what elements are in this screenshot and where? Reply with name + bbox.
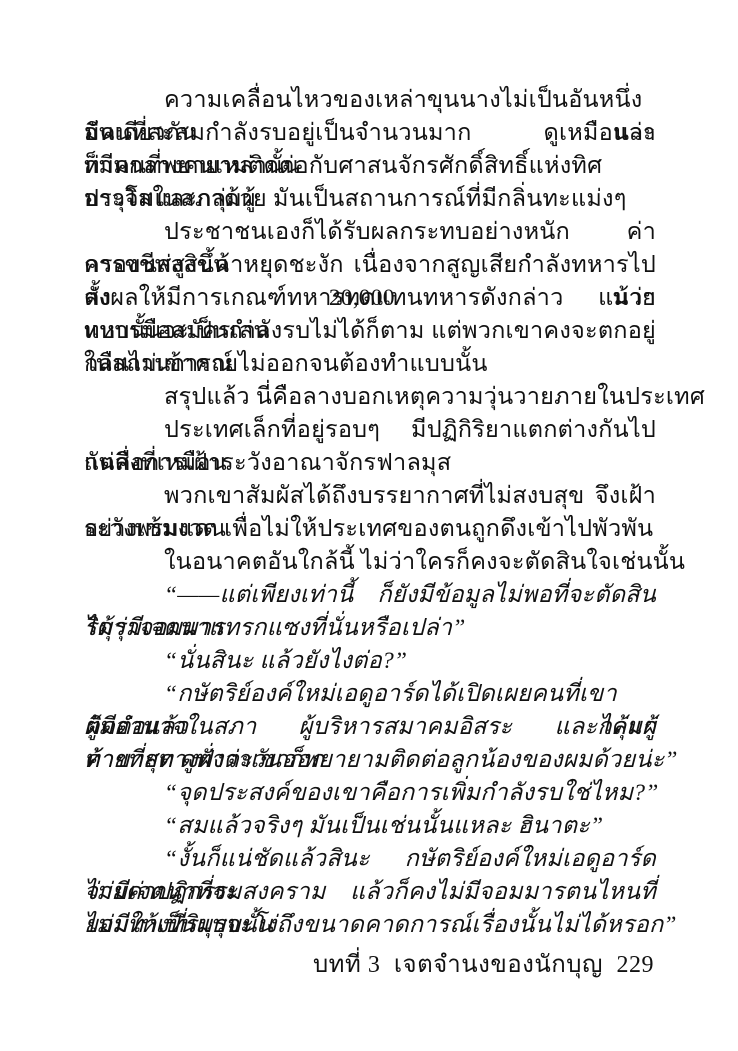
text-line: ในอนาคตอันใกล้นี้ ไม่ว่าใครก็คงจะตัดสินใ… bbox=[84, 546, 656, 579]
text-line: ไม่มีทางที่ริมุรุจะโง่ถึงขนาดคาดการณ์เรื… bbox=[84, 909, 656, 942]
text-line: ส่งผลให้มีการเกณฑ์ทหารทดแทนทหารดังกล่าว … bbox=[84, 282, 656, 315]
text-line: แบบนั้นจะเป็นกำลังรบไม่ได้ก็ตาม แต่พวกเข… bbox=[84, 315, 656, 348]
page-footer: บทที่ 3 เจตจำนงของนักบุญ 229 bbox=[313, 948, 654, 982]
text-line: “สมแล้วจริงๆ มันเป็นเช่นนั้นแหละ ฮินาตะ” bbox=[84, 810, 656, 843]
text-line: การขนส่งสินค้าหยุดชะงัก เนื่องจากสูญเสีย… bbox=[84, 249, 656, 282]
text-line: สรุปแล้ว นี่คือลางบอกเหตุความวุ่นวายภายใ… bbox=[84, 381, 656, 414]
text-line: กลืนไม่เข้าคายไม่ออกจนต้องทำแบบนั้น bbox=[84, 348, 656, 381]
book-page: ความเคลื่อนไหวของเหล่าขุนนางไม่เป็นอันหน… bbox=[0, 0, 738, 1051]
text-line: ประชาชนเองก็ได้รับผลกระทบอย่างหนัก ค่าคร… bbox=[84, 216, 656, 249]
text-line: อย่างเข้มงวด เพื่อไม่ให้ประเทศของตนถูกดึ… bbox=[84, 513, 656, 546]
text-line: อาวุโสในสภาด้วย มันเป็นสถานการณ์ที่มีกลิ… bbox=[84, 183, 656, 216]
text-line: ผู้มีอำนาจในสภา ผู้บริหารสมาคมอิสระ และก… bbox=[84, 711, 656, 744]
chapter-label: บทที่ 3 bbox=[313, 952, 380, 978]
text-line: “นั่นสินะ แล้วยังไงต่อ?” bbox=[84, 645, 656, 678]
text-line: ก็มีคนที่พยายามติดต่อกับศาสนจักรศักดิ์สิ… bbox=[84, 150, 656, 183]
page-body: ความเคลื่อนไหวของเหล่าขุนนางไม่เป็นอันหน… bbox=[84, 84, 656, 942]
text-line: ท้ายที่สุด ดูท่าว่าเขาก็พยายามติดต่อลูกน… bbox=[84, 744, 656, 777]
text-line: มีคนที่สะสมกำลังรบอยู่เป็นจำนวนมาก ดูเหม… bbox=[84, 117, 656, 150]
text-line: “งั้นก็แน่ชัดแล้วสินะ กษัตริย์องค์ใหม่เอ… bbox=[84, 843, 656, 876]
text-line: ประเทศเล็กที่อยู่รอบๆ มีปฏิกิริยาแตกต่าง… bbox=[84, 414, 656, 447]
text-line: “จุดประสงค์ของเขาคือการเพิ่มกำลังรบใช่ไห… bbox=[84, 777, 656, 810]
text-line: “——แต่เพียงเท่านี้ ก็ยังมีข้อมูลไม่พอที่… bbox=[84, 579, 656, 612]
text-line: พวกเขาสัมผัสได้ถึงบรรยากาศที่ไม่สงบสุข จ… bbox=[84, 480, 656, 513]
text-line: “กษัตริย์องค์ใหม่เอดูอาร์ดได้เปิดเผยคนที… bbox=[84, 678, 656, 711]
text-line: กันคือการเฝ้าระวังอาณาจักรฟาลมุส bbox=[84, 447, 656, 480]
text-line: ความเคลื่อนไหวของเหล่าขุนนางไม่เป็นอันหน… bbox=[84, 84, 656, 117]
text-line: ริมุรุมีเจตนาแทรกแซงที่นั่นหรือเปล่า” bbox=[84, 612, 656, 645]
chapter-title: เจตจำนงของนักบุญ bbox=[394, 952, 603, 978]
page-number: 229 bbox=[617, 952, 655, 978]
text-line: จ่ายค่าปฏิกรรมสงคราม แล้วก็คงไม่มีจอมมาร… bbox=[84, 876, 656, 909]
